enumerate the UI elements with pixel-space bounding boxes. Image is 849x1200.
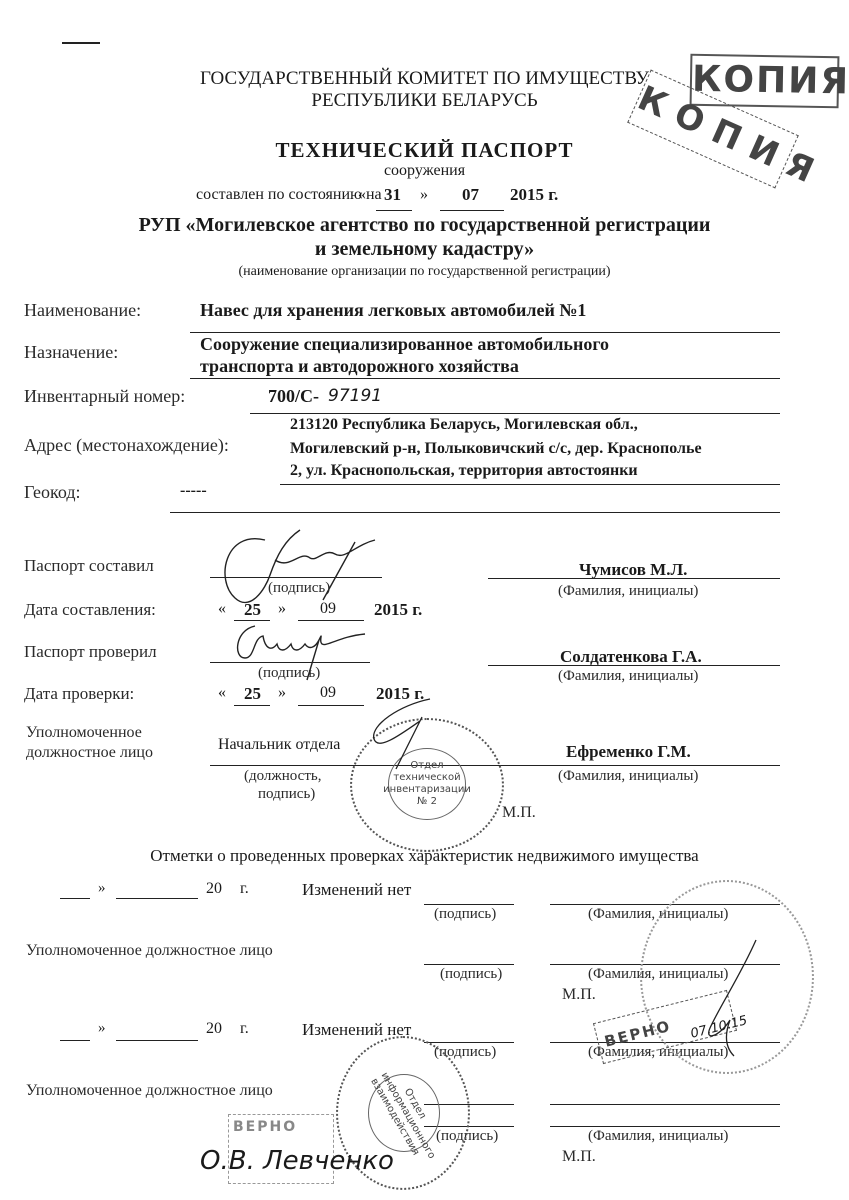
- inspection-1-year-suffix: г.: [240, 880, 249, 898]
- name-value: Навес для хранения легковых автомобилей …: [200, 300, 586, 321]
- authorized-mp: М.П.: [502, 804, 536, 822]
- state-date-prefix: составлен по состоянию на: [196, 186, 382, 204]
- inspection-2-year-prefix: 20: [206, 1020, 222, 1038]
- checked-name: Солдатенкова Г.А.: [560, 647, 702, 667]
- geocode-label: Геокод:: [24, 482, 81, 503]
- authorized-position: Начальник отдела: [218, 736, 340, 754]
- geocode-underline: [170, 512, 780, 513]
- inspection-1-close-quote: »: [98, 880, 106, 897]
- address-line-1: 213120 Республика Беларусь, Могилевская …: [290, 416, 638, 434]
- inspection-2-close-quote: »: [98, 1020, 106, 1037]
- compiled-year: 2015 г.: [374, 600, 422, 620]
- checked-day: 25: [244, 684, 261, 704]
- geocode-value: -----: [180, 482, 207, 500]
- state-date-day: 31: [384, 185, 401, 205]
- checked-month: 09: [320, 684, 336, 702]
- inventory-value-printed: 700/С-: [268, 386, 319, 407]
- authorized-label-line-1: Уполномоченное: [26, 724, 142, 742]
- purpose-value-line-1: Сооружение специализированное автомобиль…: [200, 334, 609, 355]
- inspection-1-official-signature-field[interactable]: [424, 964, 514, 965]
- inspection-1-signature-caption: (подпись): [434, 906, 496, 923]
- inspection-1-official-signature-caption: (подпись): [440, 966, 502, 983]
- inspection-2-official-name-field-a[interactable]: [550, 1104, 780, 1105]
- inspection-2-official-name-caption: (Фамилия, инициалы): [588, 1128, 728, 1145]
- authorized-position-caption-1: (должность,: [244, 768, 321, 785]
- inspection-1-mp: М.П.: [562, 986, 596, 1004]
- authorized-name: Ефременко Г.М.: [566, 742, 691, 762]
- address-label: Адрес (местонахождение):: [24, 435, 229, 456]
- checked-close-quote: »: [278, 684, 286, 702]
- inventory-underline: [250, 413, 780, 414]
- compiled-signature-caption: (подпись): [268, 580, 330, 597]
- compiled-name-line: [488, 578, 780, 579]
- certification-handwritten: О.В. Левченко: [200, 1146, 394, 1176]
- name-underline: [190, 332, 780, 333]
- address-underline: [280, 484, 780, 485]
- page-edge-mark: [62, 42, 100, 48]
- close-quote: »: [420, 186, 428, 204]
- inventory-label: Инвентарный номер:: [24, 386, 185, 407]
- inspection-1-official-label: Уполномоченное должностное лицо: [26, 942, 273, 960]
- checked-name-caption: (Фамилия, инициалы): [558, 668, 698, 685]
- authorized-position-caption-2: подпись): [258, 786, 315, 803]
- compiled-close-quote: »: [278, 600, 286, 618]
- inspection-2-day-field[interactable]: [60, 1040, 90, 1041]
- inspection-2-official-name-field-b[interactable]: [550, 1126, 780, 1127]
- checked-open-quote: «: [218, 684, 226, 702]
- inspection-1-no-changes: Изменений нет: [302, 880, 411, 900]
- organization-line-1: РУП «Могилевское агентство по государств…: [0, 214, 849, 237]
- compiled-name-caption: (Фамилия, инициалы): [558, 583, 698, 600]
- inspection-2-official-label: Уполномоченное должностное лицо: [26, 1082, 273, 1100]
- compiled-date-label: Дата составления:: [24, 600, 156, 620]
- compiled-label: Паспорт составил: [24, 556, 154, 576]
- inspections-title: Отметки о проведенных проверках характер…: [0, 846, 849, 866]
- compiled-day: 25: [244, 600, 261, 620]
- compiled-open-quote: «: [218, 600, 226, 618]
- inspection-1-signature-field[interactable]: [424, 904, 514, 905]
- purpose-label: Назначение:: [24, 342, 118, 363]
- purpose-value-line-2: транспорта и автодорожного хозяйства: [200, 356, 519, 377]
- open-quote: «: [358, 186, 366, 204]
- inspection-2-year-suffix: г.: [240, 1020, 249, 1038]
- inspection-2-mp: М.П.: [562, 1148, 596, 1166]
- checked-name-line: [488, 665, 780, 666]
- checked-signature-caption: (подпись): [258, 665, 320, 682]
- organization-caption: (наименование организации по государстве…: [0, 264, 849, 280]
- inspection-2-month-field[interactable]: [116, 1040, 198, 1041]
- inspection-2-signature-field[interactable]: [424, 1042, 514, 1043]
- verno-signature-right: [690, 936, 770, 1066]
- authorized-signature: [360, 695, 450, 775]
- checked-label: Паспорт проверил: [24, 642, 157, 662]
- purpose-underline: [190, 378, 780, 379]
- organization-line-2: и земельному кадастру»: [0, 238, 849, 261]
- state-date-year: 2015 г.: [510, 185, 558, 205]
- inspection-1-month-field[interactable]: [116, 898, 198, 899]
- checked-date-label: Дата проверки:: [24, 684, 134, 704]
- compiled-name: Чумисов М.Л.: [579, 560, 687, 580]
- state-date-month: 07: [462, 185, 479, 205]
- inventory-value-handwritten: 97191: [328, 386, 382, 406]
- authorized-label-line-2: должностное лицо: [26, 744, 153, 762]
- address-line-2: Могилевский р-н, Полыковичский с/с, дер.…: [290, 440, 702, 458]
- authorized-name-caption: (Фамилия, инициалы): [558, 768, 698, 785]
- compiled-month: 09: [320, 600, 336, 618]
- inspection-1-day-field[interactable]: [60, 898, 90, 899]
- name-label: Наименование:: [24, 300, 141, 321]
- inspection-1-year-prefix: 20: [206, 880, 222, 898]
- address-line-3: 2, ул. Краснопольская, территория автост…: [290, 462, 638, 480]
